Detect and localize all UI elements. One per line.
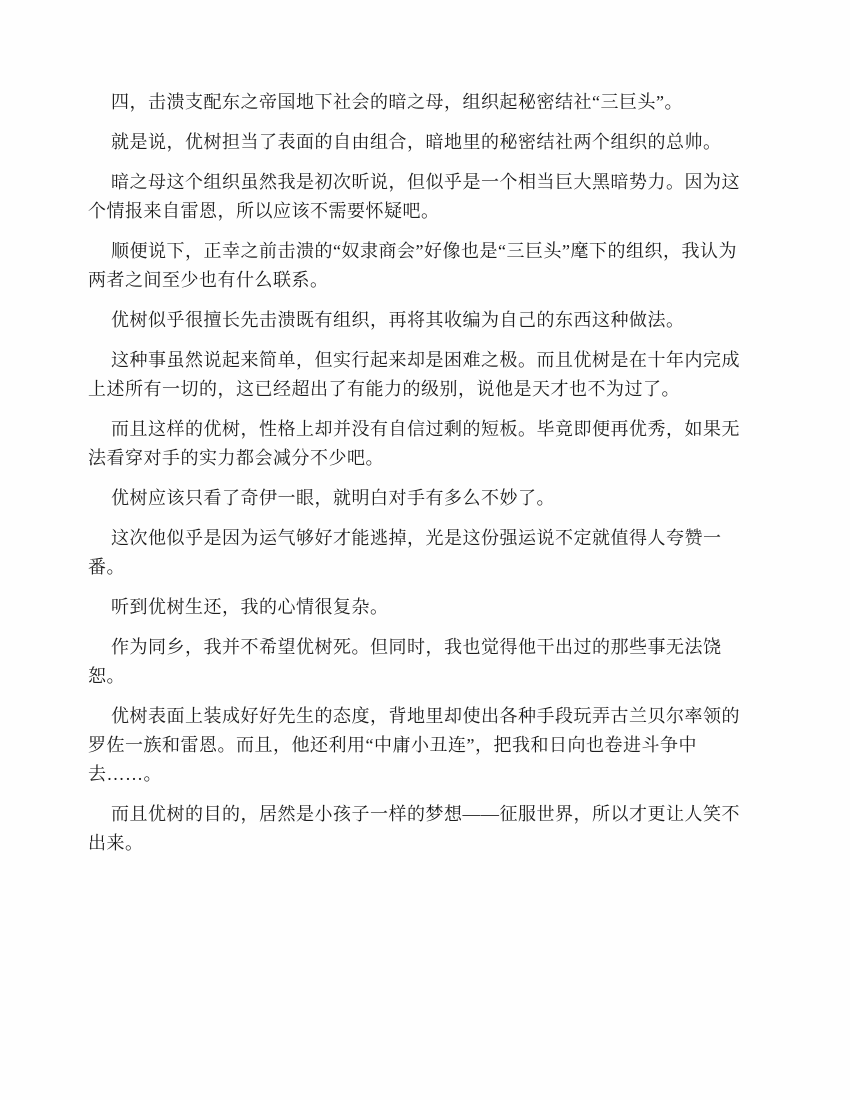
paragraph: 而且优树的目的，居然是小孩子一样的梦想——征服世界，所以才更让人笑不出来。 — [88, 800, 750, 858]
chapter-text: 四，击溃支配东之帝国地下社会的暗之母，组织起秘密结社“三巨头”。就是说，优树担当… — [88, 88, 750, 869]
paragraph: 四，击溃支配东之帝国地下社会的暗之母，组织起秘密结社“三巨头”。 — [88, 88, 750, 117]
paragraph: 优树表面上装成好好先生的态度，背地里却使出各种手段玩弄古兰贝尔率领的罗佐一族和雷… — [88, 702, 750, 789]
paragraph: 就是说，优树担当了表面的自由组合，暗地里的秘密结社两个组织的总帅。 — [88, 128, 750, 157]
paragraph: 优树似乎很擅长先击溃既有组织，再将其收编为自己的东西这种做法。 — [88, 306, 750, 335]
paragraph: 这次他似乎是因为运气够好才能逃掉，光是这份强运说不定就值得人夸赞一番。 — [88, 524, 750, 582]
paragraph: 优树应该只看了奇伊一眼，就明白对手有多么不妙了。 — [88, 484, 750, 513]
paragraph: 作为同乡，我并不希望优树死。但同时，我也觉得他干出过的那些事无法饶恕。 — [88, 633, 750, 691]
paragraph: 听到优树生还，我的心情很复杂。 — [88, 593, 750, 622]
paragraph: 这种事虽然说起来简单，但实行起来却是困难之极。而且优树是在十年内完成上述所有一切… — [88, 346, 750, 404]
paragraph: 而且这样的优树，性格上却并没有自信过剩的短板。毕竟即便再优秀，如果无法看穿对手的… — [88, 415, 750, 473]
novel-reader-page: 四，击溃支配东之帝国地下社会的暗之母，组织起秘密结社“三巨头”。就是说，优树担当… — [0, 0, 850, 1100]
paragraph: 暗之母这个组织虽然我是初次昕说，但似乎是一个相当巨大黑暗势力。因为这个情报来自雷… — [88, 168, 750, 226]
paragraph: 顺便说下，正幸之前击溃的“奴隶商会”好像也是“三巨头”麾下的组织，我认为两者之间… — [88, 237, 750, 295]
